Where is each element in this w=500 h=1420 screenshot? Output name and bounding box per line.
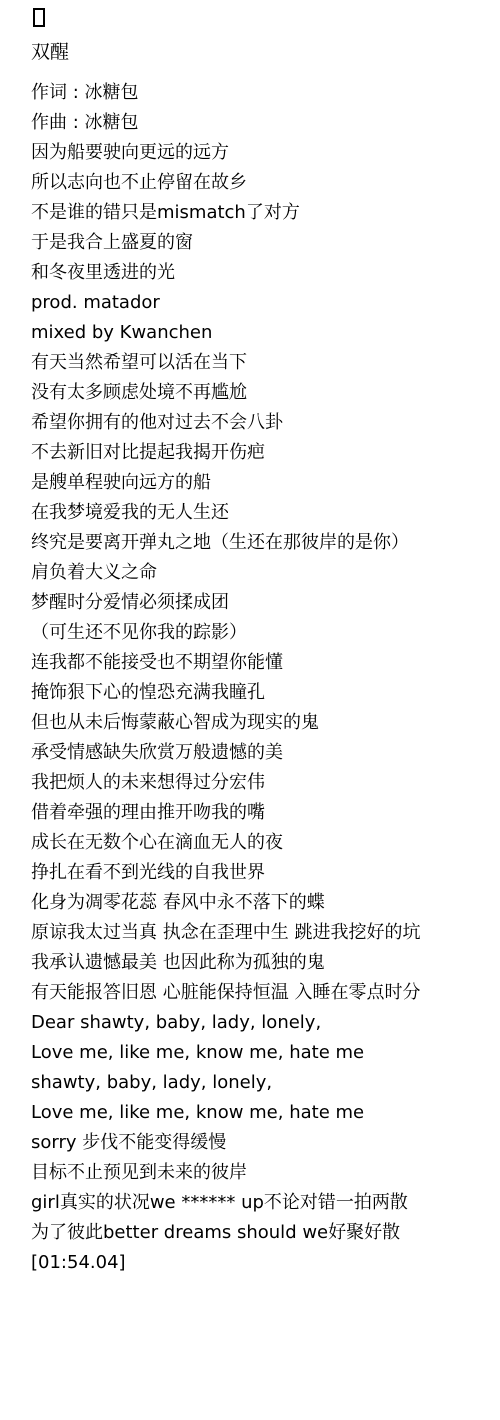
lyric-line: （可生还不见你我的踪影） [31, 618, 420, 648]
lyric-line: 原谅我太过当真 执念在歪理中生 跳进我挖好的坑 [31, 918, 420, 948]
lyric-line: Love me, like me, know me, hate me [31, 1038, 420, 1068]
lyric-line: 肩负着大义之命 [31, 558, 420, 588]
lyric-line-producer: prod. matador [31, 288, 420, 318]
lyric-line: Love me, like me, know me, hate me [31, 1098, 420, 1128]
lyric-line: 在我梦境爱我的无人生还 [31, 498, 420, 528]
lyric-line: 但也从未后悔蒙蔽心智成为现实的鬼 [31, 708, 420, 738]
lyric-line: 借着牵强的理由推开吻我的嘴 [31, 798, 420, 828]
lyric-line: 不是谁的错只是mismatch了对方 [31, 198, 420, 228]
lyric-line: girl真实的状况we ****** up不论对错一拍两散 [31, 1188, 420, 1218]
lyric-line: 连我都不能接受也不期望你能懂 [31, 648, 420, 678]
lyric-line: 成长在无数个心在滴血无人的夜 [31, 828, 420, 858]
lyric-line: 没有太多顾虑处境不再尴尬 [31, 378, 420, 408]
missing-glyph-icon [33, 8, 45, 27]
lyric-line: 是艘单程驶向远方的船 [31, 468, 420, 498]
lyric-line: 为了彼此better dreams should we好聚好散 [31, 1218, 420, 1248]
lyric-line: 于是我合上盛夏的窗 [31, 228, 420, 258]
lyric-line: 承受情感缺失欣赏万般遗憾的美 [31, 738, 420, 768]
lyric-line: 目标不止预见到未来的彼岸 [31, 1158, 420, 1188]
lyric-line: 化身为凋零花蕊 春风中永不落下的蝶 [31, 888, 420, 918]
lyric-line: 掩饰狠下心的惶恐充满我瞳孔 [31, 678, 420, 708]
lyric-line: Dear shawty, baby, lady, lonely, [31, 1008, 420, 1038]
song-title: 双醒 [31, 40, 69, 64]
lyric-line-lyricist: 作词 : 冰糖包 [31, 78, 420, 108]
lyric-line: 因为船要驶向更远的远方 [31, 138, 420, 168]
lyric-line: 希望你拥有的他对过去不会八卦 [31, 408, 420, 438]
lyric-line: 不去新旧对比提起我揭开伤疤 [31, 438, 420, 468]
lyric-line-mixer: mixed by Kwanchen [31, 318, 420, 348]
lyric-line: 我承认遗憾最美 也因此称为孤独的鬼 [31, 948, 420, 978]
lyric-line: 我把烦人的未来想得过分宏伟 [31, 768, 420, 798]
lyrics-list: 作词 : 冰糖包 作曲 : 冰糖包 因为船要驶向更远的远方 所以志向也不止停留在… [31, 78, 420, 1278]
lyric-line: 梦醒时分爱情必须揉成团 [31, 588, 420, 618]
lyric-line: 有天当然希望可以活在当下 [31, 348, 420, 378]
lyric-timestamp: [01:54.04] [31, 1248, 420, 1278]
lyric-line: 终究是要离开弹丸之地（生还在那彼岸的是你） [31, 528, 420, 558]
lyric-line: 和冬夜里透进的光 [31, 258, 420, 288]
lyric-line: 挣扎在看不到光线的自我世界 [31, 858, 420, 888]
lyric-line: sorry 步伐不能变得缓慢 [31, 1128, 420, 1158]
lyric-line: 所以志向也不止停留在故乡 [31, 168, 420, 198]
lyric-line: shawty, baby, lady, lonely, [31, 1068, 420, 1098]
lyric-line-composer: 作曲 : 冰糖包 [31, 108, 420, 138]
lyric-line: 有天能报答旧恩 心脏能保持恒温 入睡在零点时分 [31, 978, 420, 1008]
